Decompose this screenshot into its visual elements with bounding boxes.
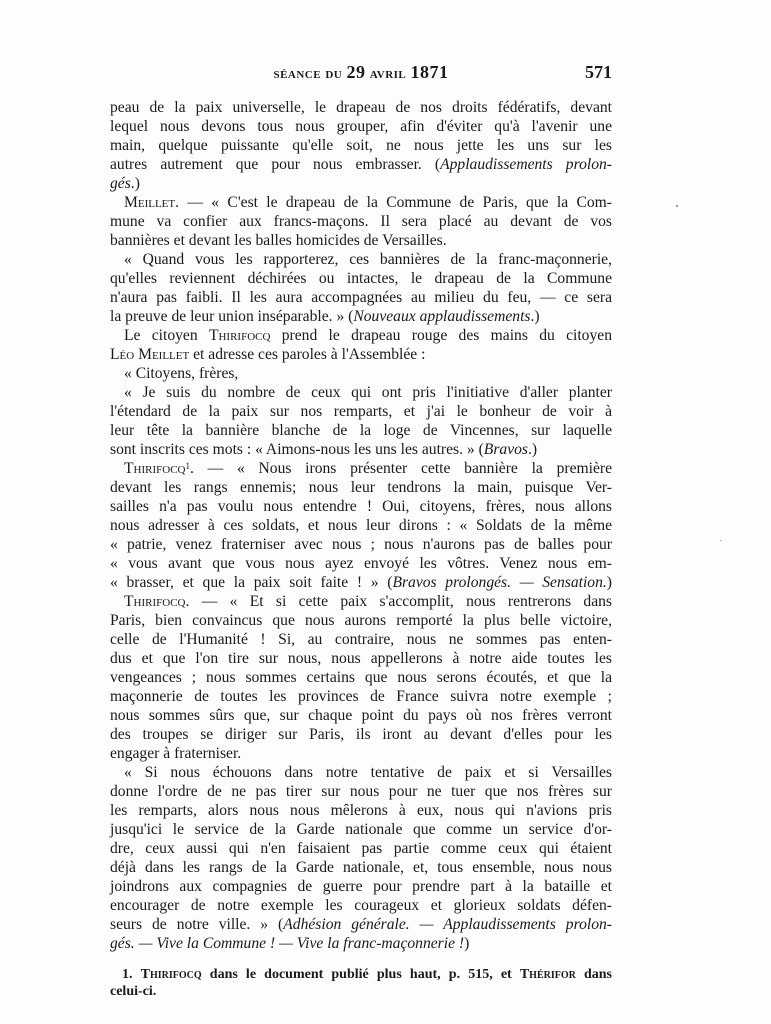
- text-line: « Si nous échouons dans notre tentative …: [110, 763, 612, 782]
- text-line: autres autrement que pour nous embrasser…: [110, 155, 612, 174]
- footnotes: 1. Thirifocq dans le document publié plu…: [110, 966, 612, 1000]
- line-text: les remparts, alors nous nous mêlerons à…: [110, 802, 612, 819]
- line-text: main, quelque puissante qu'elle soit, ne…: [110, 137, 612, 154]
- text-line: Thirifocq1. — « Nous irons présenter cet…: [110, 459, 612, 478]
- line-post: . — « Nous irons présenter cette bannièr…: [190, 460, 612, 477]
- document-page: séance du 29 avril 1871 571 peau de la p…: [0, 0, 771, 1024]
- line-text: bannières et devant les balles homicides…: [110, 232, 447, 249]
- text-line: maçonnerie de toutes les provinces de Fr…: [110, 687, 612, 706]
- text-line: jusqu'ici le service de la Garde nationa…: [110, 820, 612, 839]
- line-text: « Quand vous les rapporterez, ces banniè…: [124, 251, 612, 268]
- line-text: donne l'ordre de ne pas tirer sur nous p…: [110, 783, 612, 800]
- line-text: encourager de notre exemple les courageu…: [110, 897, 612, 914]
- text-line: leur tête la bannière blanche de la loge…: [110, 421, 612, 440]
- text-line: Léo Meillet et adresse ces paroles à l'A…: [110, 345, 612, 364]
- line-italic: Bravos: [484, 441, 528, 458]
- line-post: prend le drapeau rouge des mains du cito…: [270, 327, 612, 344]
- line-text: « Citoyens, frères,: [124, 365, 238, 382]
- text-line: bannières et devant les balles homicides…: [110, 231, 612, 250]
- line-sc: Thirifocq: [209, 327, 270, 344]
- footnote-name-thirifocq: Thirifocq: [141, 967, 202, 982]
- line-text: engager à fraterniser.: [110, 745, 241, 762]
- line-text: nous adresser à ces soldats, et nous leu…: [110, 517, 612, 534]
- text-line: Meillet. — « C'est le drapeau de la Comm…: [110, 193, 612, 212]
- text-line: « Je suis du nombre de ceux qui ont pris…: [110, 383, 612, 402]
- footnote-text: dans le document publié plus haut, p. 51…: [202, 967, 520, 982]
- text-line: devant les rangs ennemis; nous leur tend…: [110, 478, 612, 497]
- line-text: « Si nous échouons dans notre tentative …: [124, 764, 612, 781]
- text-line: dre, ceux aussi qui n'en faisaient pas p…: [110, 839, 612, 858]
- line-italic: Adhésion générale. — Applaudissements pr…: [283, 916, 612, 933]
- text-line: Thirifocq. — « Et si cette paix s'accomp…: [110, 592, 612, 611]
- scan-speck: [720, 540, 721, 541]
- line-pre: Le citoyen: [124, 327, 209, 344]
- line-text: dus et que l'on tire sur nous, nous appe…: [110, 650, 612, 667]
- line-post: .): [528, 441, 537, 458]
- text-line: main, quelque puissante qu'elle soit, ne…: [110, 136, 612, 155]
- footnote-1: 1. Thirifocq dans le document publié plu…: [110, 966, 612, 983]
- line-text: maçonnerie de toutes les provinces de Fr…: [110, 688, 612, 705]
- footnote-name-therifor: Thérifor: [520, 967, 576, 982]
- line-text: nous sommes sûrs que, sur chaque point d…: [110, 707, 612, 724]
- text-line: « Quand vous les rapporterez, ces banniè…: [110, 250, 612, 269]
- line-text: celle de l'Humanité ! Si, au contraire, …: [110, 631, 612, 648]
- text-line: nous adresser à ces soldats, et nous leu…: [110, 516, 612, 535]
- text-line: « patrie, venez fraterniser avec nous ; …: [110, 535, 612, 554]
- line-sup: 1: [185, 461, 190, 471]
- line-text: peau de la paix universelle, le drapeau …: [110, 99, 612, 116]
- text-line: l'étendard de la paix sur nos remparts, …: [110, 402, 612, 421]
- footnote-text-end: dans: [576, 967, 612, 982]
- text-line: sont inscrits ces mots : « Aimons-nous l…: [110, 440, 612, 459]
- text-line: encourager de notre exemple les courageu…: [110, 896, 612, 915]
- line-text: lequel nous devons tous nous grouper, af…: [110, 118, 612, 135]
- text-line: joindrons aux compagnies de guerre pour …: [110, 877, 612, 896]
- header-year: 1871: [411, 62, 449, 82]
- text-line: déjà dans les rangs de la Garde national…: [110, 858, 612, 877]
- line-text: joindrons aux compagnies de guerre pour …: [110, 878, 612, 895]
- line-pre: « brasser, et que la paix soit faite ! »…: [110, 574, 392, 591]
- line-sc: Meillet.: [124, 194, 179, 211]
- line-italic: gés: [110, 175, 131, 192]
- line-italic: Nouveaux applaudissements: [353, 308, 530, 325]
- text-line: les remparts, alors nous nous mêlerons à…: [110, 801, 612, 820]
- line-text: des troupes se diriger sur Paris, ils ir…: [110, 726, 612, 743]
- line-text: dre, ceux aussi qui n'en faisaient pas p…: [110, 840, 612, 857]
- text-line: « brasser, et que la paix soit faite ! »…: [110, 573, 612, 592]
- line-pre: seurs de notre ville. » (: [110, 916, 283, 933]
- line-text: qu'elles reviennent déchirées ou intacte…: [110, 270, 612, 287]
- line-text: jusqu'ici le service de la Garde nationa…: [110, 821, 612, 838]
- line-italic: gés. — Vive la Commune ! — Vive la franc…: [110, 935, 464, 952]
- line-text: leur tête la bannière blanche de la loge…: [110, 422, 612, 439]
- text-line: celle de l'Humanité ! Si, au contraire, …: [110, 630, 612, 649]
- line-pre: sont inscrits ces mots : « Aimons-nous l…: [110, 441, 484, 458]
- text-line: sailles n'a pas voulu nous entendre ! Ou…: [110, 497, 612, 516]
- line-italic: Applaudissements prolon-: [440, 156, 612, 173]
- text-line: n'aura pas faibli. Il les aura accompagn…: [110, 288, 612, 307]
- text-line: Paris, bien convaincus que nous aurons r…: [110, 611, 612, 630]
- line-post: ): [464, 935, 469, 952]
- footnote-number: 1.: [122, 967, 133, 982]
- line-italic: Bravos prolongés. — Sensation.: [392, 574, 606, 591]
- scan-speck: [676, 205, 678, 207]
- text-line: engager à fraterniser.: [110, 744, 612, 763]
- text-line: lequel nous devons tous nous grouper, af…: [110, 117, 612, 136]
- text-line: la preuve de leur union inséparable. » (…: [110, 307, 612, 326]
- line-text: « vous avant que vous nous ayez envoyé l…: [110, 555, 612, 572]
- text-line: qu'elles reviennent déchirées ou intacte…: [110, 269, 612, 288]
- text-line: donne l'ordre de ne pas tirer sur nous p…: [110, 782, 612, 801]
- header-seance: séance du: [273, 66, 342, 82]
- line-text: « patrie, venez fraterniser avec nous ; …: [110, 536, 612, 553]
- line-post: — « C'est le drapeau de la Commune de Pa…: [179, 194, 612, 211]
- line-post: et adresse ces paroles à l'Assemblée :: [189, 346, 425, 363]
- line-post: .): [530, 308, 539, 325]
- text-line: vengeances ; nous sommes certains que no…: [110, 668, 612, 687]
- line-post: ): [607, 574, 612, 591]
- text-line: « vous avant que vous nous ayez envoyé l…: [110, 554, 612, 573]
- line-pre: autres autrement que pour nous embrasser…: [110, 156, 440, 173]
- line-post: — « Et si cette paix s'accomplit, nous r…: [189, 593, 612, 610]
- line-text: déjà dans les rangs de la Garde national…: [110, 859, 612, 876]
- line-post: .): [131, 175, 140, 192]
- text-line: Le citoyen Thirifocq prend le drapeau ro…: [110, 326, 612, 345]
- line-text: Paris, bien convaincus que nous aurons r…: [110, 612, 612, 629]
- line-sc: Thirifocq: [124, 460, 185, 477]
- body-text: peau de la paix universelle, le drapeau …: [110, 98, 612, 953]
- text-line: « Citoyens, frères,: [110, 364, 612, 383]
- page-number: 571: [585, 62, 612, 83]
- text-line: dus et que l'on tire sur nous, nous appe…: [110, 649, 612, 668]
- header-day: 29: [346, 62, 365, 82]
- header-month: avril: [370, 66, 407, 82]
- line-sc: Thirifocq.: [124, 593, 189, 610]
- line-text: mune va confier aux francs-maçons. Il se…: [110, 213, 612, 230]
- line-text: sailles n'a pas voulu nous entendre ! Ou…: [110, 498, 612, 515]
- line-sc: Léo Meillet: [110, 346, 189, 363]
- text-line: nous sommes sûrs que, sur chaque point d…: [110, 706, 612, 725]
- footnote-1-continuation: celui-ci.: [110, 983, 612, 1000]
- line-text: n'aura pas faibli. Il les aura accompagn…: [110, 289, 612, 306]
- text-line: seurs de notre ville. » (Adhésion généra…: [110, 915, 612, 934]
- line-pre: la preuve de leur union inséparable. » (: [110, 308, 353, 325]
- text-line: gés. — Vive la Commune ! — Vive la franc…: [110, 934, 612, 953]
- text-line: mune va confier aux francs-maçons. Il se…: [110, 212, 612, 231]
- text-line: gés.): [110, 174, 612, 193]
- running-header: séance du 29 avril 1871 571: [110, 62, 612, 86]
- line-text: « Je suis du nombre de ceux qui ont pris…: [124, 384, 612, 401]
- text-line: des troupes se diriger sur Paris, ils ir…: [110, 725, 612, 744]
- line-text: devant les rangs ennemis; nous leur tend…: [110, 479, 612, 496]
- line-text: vengeances ; nous sommes certains que no…: [110, 669, 612, 686]
- text-line: peau de la paix universelle, le drapeau …: [110, 98, 612, 117]
- running-header-title: séance du 29 avril 1871: [110, 62, 612, 83]
- line-text: l'étendard de la paix sur nos remparts, …: [110, 403, 612, 420]
